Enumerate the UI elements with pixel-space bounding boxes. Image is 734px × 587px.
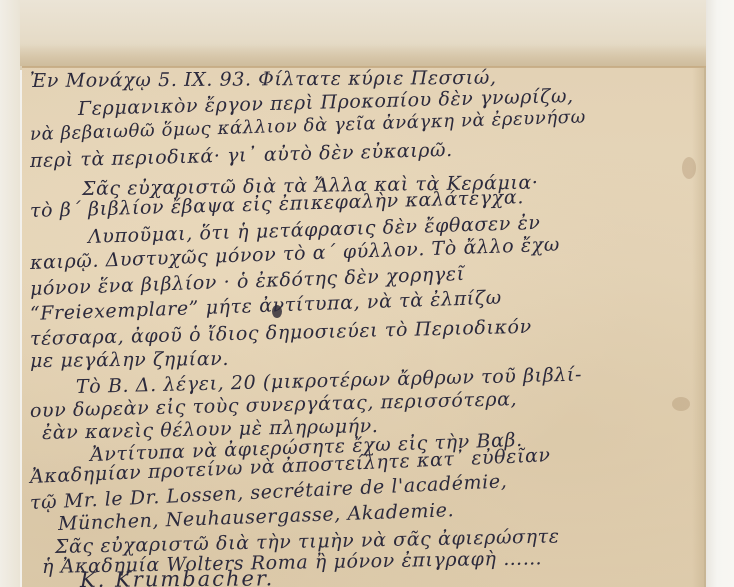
water-stain: [20, 44, 706, 66]
stain-spot: [682, 157, 696, 179]
signature: Κ. Krumbacher.: [80, 566, 274, 587]
scan-left-margin: [0, 0, 20, 587]
upper-paper-strip: [20, 0, 706, 70]
stain-spot: [672, 397, 690, 411]
scan-background: [706, 0, 734, 587]
card-edge-shadow: [692, 67, 706, 587]
letter-line: με μεγάλην ζημίαν.: [30, 348, 229, 372]
